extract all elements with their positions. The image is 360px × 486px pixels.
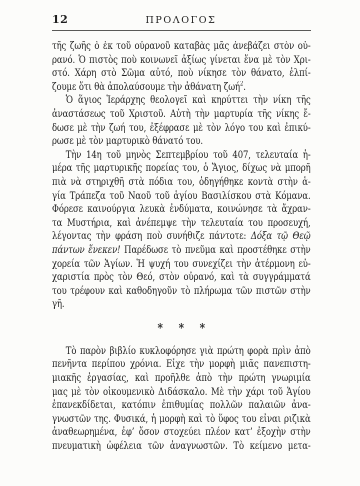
text-line: του τρέφουν καὶ καθοδηγοῦν τὸ πλήρωμα τῶ… bbox=[52, 285, 311, 299]
text-line: μιακῆς ἐργασίας, καὶ προῆλθε ἀπὸ τὴν πρώ… bbox=[52, 372, 311, 386]
text-line: μέρα τῆς μαρτυρικῆς πορείας του, ὁ Ἅγιος… bbox=[52, 162, 311, 176]
text-line: πιὰ νὰ στηριχθῆ στὰ πόδια του, ὁδηγήθηκε… bbox=[52, 176, 311, 190]
text-line: τῆς ζωῆς ὁ ἐκ τοῦ οὐρανοῦ καταβὰς μᾶς ἀν… bbox=[52, 40, 311, 54]
text-segment: πιὰ νὰ στηριχθῆ στὰ πόδια του, ὁδηγήθηκε… bbox=[52, 177, 311, 188]
text-segment: στό. Χάρη στὸ Σῶμα αὐτό, ποὺ νίκησε τὸν … bbox=[52, 68, 311, 79]
text-line: στό. Χάρη στὸ Σῶμα αὐτό, ποὺ νίκησε τὸν … bbox=[52, 67, 311, 81]
text-line: χαριστία πρὸς τὸν Θεό, στὸν οὐρανό, καὶ … bbox=[52, 271, 311, 285]
text-segment: μέρα τῆς μαρτυρικῆς πορείας του, ὁ Ἅγιος… bbox=[52, 163, 311, 174]
text-line: Τὸ παρὸν βιβλίο κυκλοφόρησε γιὰ πρώτη φο… bbox=[52, 345, 311, 359]
text-segment: πνευματικὴ ὠφέλεια τῶν ἀναγνωστῶν. Τὸ κε… bbox=[52, 441, 311, 452]
text-line: Ὁ ἅγιος Ἱεράρχης θεολογεῖ καὶ κηρύττει τ… bbox=[52, 94, 311, 108]
paragraph: Τὴν 14η τοῦ μηνὸς Σεπτεμβρίου τοῦ 407, τ… bbox=[52, 149, 311, 312]
text-segment: ἀναστάσεως τοῦ Χριστοῦ. Αὐτὴ τὴν μαρτυρί… bbox=[52, 109, 311, 120]
text-line: τα Μυστήρια, καὶ ἀνέπεμψε τὴν τελευταία … bbox=[52, 217, 311, 231]
text-segment: Παρέδωσε τὸ πνεῦμα καὶ προστέθηκε στὴν bbox=[120, 245, 310, 256]
text-line: Φόρεσε καινούργια λευκὰ ἐνδύματα, κοινών… bbox=[52, 203, 311, 217]
text-segment: δωσε μὲ τὴν ζωή του, ἐξέφρασε μὲ τὸν λόγ… bbox=[52, 123, 311, 134]
text-segment: λέγοντας τὴν φράση ποὺ συνήθιζε πάντοτε: bbox=[52, 231, 251, 242]
text-segment: του τρέφουν καὶ καθοδηγοῦν τὸ πλήρωμα τῶ… bbox=[52, 286, 311, 297]
running-header-title: ΠΡΟΛΟΓΟΣ bbox=[52, 15, 310, 26]
text-line: πενῆντα περίπου χρόνια. Εἶχε τὴν μορφὴ μ… bbox=[52, 358, 311, 372]
text-segment: πενῆντα περίπου χρόνια. Εἶχε τὴν μορφὴ μ… bbox=[52, 359, 311, 370]
header-rule bbox=[52, 30, 311, 31]
text-segment: Ὁ ἅγιος Ἱεράρχης θεολογεῖ καὶ κηρύττει τ… bbox=[66, 95, 311, 106]
text-segment: Τὸ παρὸν βιβλίο κυκλοφόρησε γιὰ πρώτη φο… bbox=[66, 346, 311, 357]
text-segment: Τὴν 14η τοῦ μηνὸς Σεπτεμβρίου τοῦ 407, τ… bbox=[66, 150, 311, 161]
text-line: μας μὲ τὸν οἰκουμενικὸ Διδάσκαλο. Μὲ τὴν… bbox=[52, 386, 311, 400]
text-segment: χορεία τῶν Ἁγίων. Ἡ ψυχή του συνεχίζει τ… bbox=[52, 259, 311, 270]
text-line: λέγοντας τὴν φράση ποὺ συνήθιζε πάντοτε:… bbox=[52, 230, 311, 244]
text-line: πνευματικὴ ὠφέλεια τῶν ἀναγνωστῶν. Τὸ κε… bbox=[52, 440, 311, 454]
paragraph: Ὁ ἅγιος Ἱεράρχης θεολογεῖ καὶ κηρύττει τ… bbox=[52, 94, 311, 148]
text-line: ζουμε ὅτι θὰ ἀπολαύσουμε τὴν ἀθάνατη ζωή… bbox=[52, 81, 311, 95]
page-header: 12 ΠΡΟΛΟΓΟΣ bbox=[52, 12, 310, 28]
text-line: ρανό. Ὁ πιστὸς ποὺ κοινωνεῖ ἀξίως γίνετα… bbox=[52, 54, 311, 68]
text-segment: μας μὲ τὸν οἰκουμενικὸ Διδάσκαλο. Μὲ τὴν… bbox=[52, 387, 311, 398]
text-segment: ἀναθεωρημένα, ἐφ’ ὅσον στοχεύει πλέον κα… bbox=[52, 427, 311, 438]
text-segment: . bbox=[243, 82, 246, 93]
text-line: δωσε μὲ τὴν ζωή του, ἐξέφρασε μὲ τὸν λόγ… bbox=[52, 122, 311, 136]
text-line: γνωστῶν της. Φυσικά, ἡ μορφὴ καὶ τὸ ὕφος… bbox=[52, 413, 311, 427]
text-segment: τῆς ζωῆς ὁ ἐκ τοῦ οὐρανοῦ καταβὰς μᾶς ἀν… bbox=[52, 41, 311, 52]
text-segment: γῆ. bbox=[52, 299, 65, 310]
text-line: πάντων ἕνεκεν! Παρέδωσε τὸ πνεῦμα καὶ πρ… bbox=[52, 244, 311, 258]
text-line: ἀναθεωρημένα, ἐφ’ ὅσον στοχεύει πλέον κα… bbox=[52, 426, 311, 440]
section-separator: * * * bbox=[52, 312, 311, 345]
paragraph: Τὸ παρὸν βιβλίο κυκλοφόρησε γιὰ πρώτη φο… bbox=[52, 345, 311, 454]
text-line: γῆ. bbox=[52, 298, 311, 312]
quoted-phrase: Δόξα τῷ Θεῷ bbox=[251, 231, 311, 242]
text-line: ἐπανεκδίδεται, κατόπιν ἐπιθυμίας πολλῶν … bbox=[52, 399, 311, 413]
text-line: ἀναστάσεως τοῦ Χριστοῦ. Αὐτὴ τὴν μαρτυρί… bbox=[52, 108, 311, 122]
text-segment: Φόρεσε καινούργια λευκὰ ἐνδύματα, κοινών… bbox=[52, 204, 311, 215]
paragraph: τῆς ζωῆς ὁ ἐκ τοῦ οὐρανοῦ καταβὰς μᾶς ἀν… bbox=[52, 40, 311, 94]
text-line: γία Τράπεζα τοῦ Ναοῦ τοῦ ἁγίου Βασιλίσκο… bbox=[52, 190, 311, 204]
scanned-book-page: { "page": { "header": { "page_number": "… bbox=[0, 0, 360, 486]
text-segment: μιακῆς ἐργασίας, καὶ προῆλθε ἀπὸ τὴν πρώ… bbox=[52, 373, 311, 384]
text-segment: ἐπανεκδίδεται, κατόπιν ἐπιθυμίας πολλῶν … bbox=[52, 400, 311, 411]
text-segment: χαριστία πρὸς τὸν Θεό, στὸν οὐρανό, καὶ … bbox=[52, 272, 311, 283]
text-line: ρωσε μὲ τὸν μαρτυρικὸ θάνατό του. bbox=[52, 135, 311, 149]
body-text: τῆς ζωῆς ὁ ἐκ τοῦ οὐρανοῦ καταβὰς μᾶς ἀν… bbox=[52, 40, 311, 454]
text-segment: ρανό. Ὁ πιστὸς ποὺ κοινωνεῖ ἀξίως γίνετα… bbox=[52, 55, 311, 66]
text-segment: ρωσε μὲ τὸν μαρτυρικὸ θάνατό του. bbox=[52, 136, 203, 147]
text-segment: τα Μυστήρια, καὶ ἀνέπεμψε τὴν τελευταία … bbox=[52, 218, 311, 229]
text-segment: γία Τράπεζα τοῦ Ναοῦ τοῦ ἁγίου Βασιλίσκο… bbox=[52, 191, 311, 202]
text-segment: γνωστῶν της. Φυσικά, ἡ μορφὴ καὶ τὸ ὕφος… bbox=[52, 414, 311, 425]
text-line: χορεία τῶν Ἁγίων. Ἡ ψυχή του συνεχίζει τ… bbox=[52, 258, 311, 272]
text-line: Τὴν 14η τοῦ μηνὸς Σεπτεμβρίου τοῦ 407, τ… bbox=[52, 149, 311, 163]
text-segment: ζουμε ὅτι θὰ ἀπολαύσουμε τὴν ἀθάνατη ζωή bbox=[52, 82, 240, 93]
book-page: 12 ΠΡΟΛΟΓΟΣ τῆς ζωῆς ὁ ἐκ τοῦ οὐρανοῦ κα… bbox=[0, 0, 360, 486]
quoted-phrase: πάντων ἕνεκεν! bbox=[52, 245, 120, 256]
